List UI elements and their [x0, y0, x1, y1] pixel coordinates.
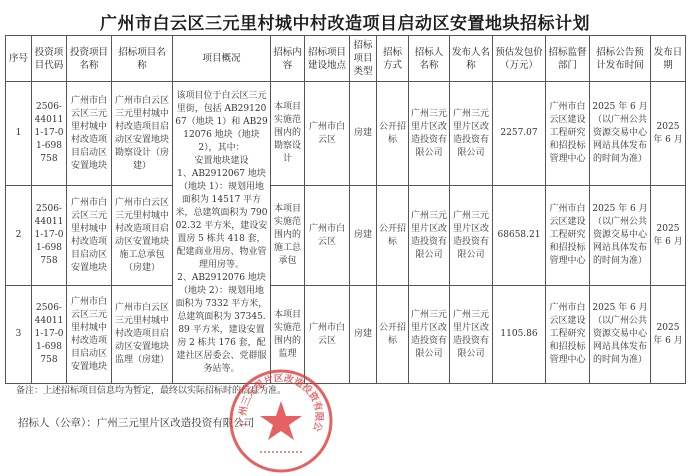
header-publisher: 发布人名称: [450, 36, 493, 82]
cell-publish-date: 2025 年 6 月: [651, 186, 686, 286]
cell-supervisor: 广州市白云区建设工程研究和招投标管理中心: [546, 186, 590, 286]
cell-tender-name: 广州市白云区三元里村城中村改造项目启动区安置地块监理（房建）: [112, 286, 173, 384]
cell-overview: 该项目位于白云区三元里街，包括 AB2912067（地块 1）和 AB29120…: [173, 82, 271, 384]
table-row: 1 2506-440111-17-01-698758 广州市白云区三元里村城中村…: [6, 82, 686, 186]
header-content: 招标内容: [271, 36, 305, 82]
table-row: 3 2506-440111-17-01-698758 广州市白云区三元里村城中村…: [6, 286, 686, 384]
cell-publish-date: 2025 年 6 月: [651, 82, 686, 186]
table-row: 2 2506-440111-17-01-698758 广州市白云区三元里村城中村…: [6, 186, 686, 286]
cell-tenderer: 广州三元里片区改造投资有限公司: [409, 186, 450, 286]
cell-publisher: 广州三元里片区改造投资有限公司: [450, 82, 493, 186]
header-announce-time: 招标公告预计发布时间: [590, 36, 651, 82]
cell-invest-name: 广州市白云区三元里村城中村改造项目启动区安置地块: [67, 186, 112, 286]
cell-publish-date: 2025 年 6 月: [651, 286, 686, 384]
header-supervisor: 招标监督部门: [546, 36, 590, 82]
cell-content: 本项目实施范围内的勘察设计: [271, 82, 305, 186]
overview-line: 2、AB2912076 地块（地块 2）：规划用地面积为 7332 平方米，总建…: [175, 272, 268, 376]
cell-method: 公开招标: [377, 82, 409, 186]
cell-type: 房建: [350, 286, 377, 384]
header-type: 招标项目类型: [350, 36, 377, 82]
cell-content: 本项目实施范围内的施工总承包: [271, 186, 305, 286]
cell-tender-name: 广州市白云区三元里村城中村改造项目启动区安置地块勘察设计（房建）: [112, 82, 173, 186]
overview-line: 安置地块建设: [175, 155, 268, 168]
cell-tender-name: 广州市白云区三元里村城中村改造项目启动区安置地块施工总承包（房建）: [112, 186, 173, 286]
cell-code: 2506-440111-17-01-698758: [32, 82, 67, 186]
cell-type: 房建: [350, 186, 377, 286]
cell-publisher: 广州三元里片区改造投资有限公司: [450, 286, 493, 384]
tenderer-signature-line: 招标人（公章）：广州三元里片区改造投资有限公司: [18, 415, 254, 430]
cell-announce-time: 2025 年 6 月（以广州公共资源交易中心网站具体发布的时间为准）: [590, 286, 651, 384]
cell-location: 广州市白云区: [305, 82, 350, 186]
cell-tenderer: 广州三元里片区改造投资有限公司: [409, 286, 450, 384]
overview-line: 该项目位于白云区三元里街，包括 AB2912067（地块 1）和 AB29120…: [175, 90, 268, 155]
header-no: 序号: [6, 36, 32, 82]
tender-plan-table: 序号 投资项目代码 投资项目名称 招标项目名称 项目概况 招标内容 招标项目建设…: [5, 35, 686, 384]
red-star-seal-icon: 广州三元里片区改造投资有限公司: [228, 368, 334, 474]
cell-type: 房建: [350, 82, 377, 186]
cell-supervisor: 广州市白云区建设工程研究和招投标管理中心: [546, 82, 590, 186]
cell-announce-time: 2025 年 6 月（以广州公共资源交易中心网站具体发布的时间为准）: [590, 82, 651, 186]
header-method: 招标方式: [377, 36, 409, 82]
header-code: 投资项目代码: [32, 36, 67, 82]
overview-line: 1、AB2912067 地块（地块 1）：规划用地面积为 14517 平方米，总…: [175, 168, 268, 272]
cell-location: 广州市白云区: [305, 186, 350, 286]
header-tender-name: 招标项目名称: [112, 36, 173, 82]
cell-price: 1105.86: [493, 286, 546, 384]
document-title: 广州市白云区三元里村城中村改造项目启动区安置地块招标计划: [0, 9, 690, 34]
cell-tenderer: 广州三元里片区改造投资有限公司: [409, 82, 450, 186]
header-price: 预估发包价（万元）: [493, 36, 546, 82]
cell-announce-time: 2025 年 6 月（以广州公共资源交易中心网站具体发布的时间为准）: [590, 186, 651, 286]
header-invest-name: 投资项目名称: [67, 36, 112, 82]
header-overview: 项目概况: [173, 36, 271, 82]
cell-invest-name: 广州市白云区三元里村城中村改造项目启动区安置地块: [67, 82, 112, 186]
cell-code: 2506-440111-17-01-698758: [32, 186, 67, 286]
cell-price: 68658.21: [493, 186, 546, 286]
cell-method: 公开招标: [377, 186, 409, 286]
cell-no: 3: [6, 286, 32, 384]
cell-method: 公开招标: [377, 286, 409, 384]
cell-supervisor: 广州市白云区建设工程研究和招投标管理中心: [546, 286, 590, 384]
cell-price: 2257.07: [493, 82, 546, 186]
cell-no: 2: [6, 186, 32, 286]
table-header-row: 序号 投资项目代码 投资项目名称 招标项目名称 项目概况 招标内容 招标项目建设…: [6, 36, 686, 82]
cell-no: 1: [6, 82, 32, 186]
cell-code: 2506-440111-17-01-698758: [32, 286, 67, 384]
cell-publisher: 广州三元里片区改造投资有限公司: [450, 186, 493, 286]
cell-invest-name: 广州市白云区三元里村城中村改造项目启动区安置地块: [67, 286, 112, 384]
header-tenderer: 招标人名称: [409, 36, 450, 82]
header-location: 招标项目建设地点: [305, 36, 350, 82]
header-publish-date: 发布日期: [651, 36, 686, 82]
